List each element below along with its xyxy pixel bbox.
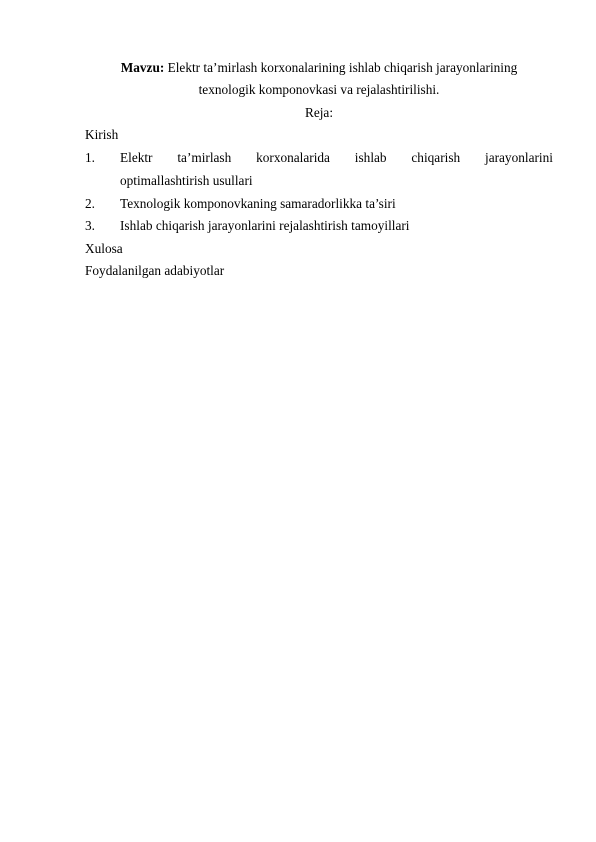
plan-item-1: 1. Elektr ta’mirlash korxonalarida ishla… xyxy=(85,148,553,168)
topic-label: Mavzu: xyxy=(121,60,165,75)
plan-item-text: Texnologik komponovkaning samaradorlikka… xyxy=(120,194,396,214)
plan-item-2: 2. Texnologik komponovkaning samaradorli… xyxy=(85,194,553,214)
word: ta’mirlash xyxy=(177,148,231,168)
plan-item-conclusion: Xulosa xyxy=(85,239,553,259)
plan-item-3: 3. Ishlab chiqarish jarayonlarini rejala… xyxy=(85,216,553,236)
plan-heading: Reja: xyxy=(85,103,553,123)
plan-item-1-continuation: optimallashtirish usullari xyxy=(85,171,553,191)
topic-title-line-2: texnologik komponovkasi va rejalashtiril… xyxy=(85,80,553,100)
topic-title-line-1: Mavzu: Elektr ta’mirlash korxonalarining… xyxy=(75,58,563,78)
word: ishlab xyxy=(355,148,387,168)
word: jarayonlarini xyxy=(485,148,553,168)
plan-item-references: Foydalanilgan adabiyotlar xyxy=(85,261,553,281)
plan-item-number: 1. xyxy=(85,148,95,168)
plan-item-introduction: Kirish xyxy=(85,125,553,145)
word: Elektr xyxy=(120,148,153,168)
plan-item-number: 3. xyxy=(85,216,95,236)
word: korxonalarida xyxy=(256,148,330,168)
plan-item-number: 2. xyxy=(85,194,95,214)
word: chiqarish xyxy=(411,148,460,168)
plan-item-text-line-2: optimallashtirish usullari xyxy=(120,171,253,191)
topic-text-part-1: Elektr ta’mirlash korxonalarining ishlab… xyxy=(164,60,517,75)
plan-item-text-line-1: Elektr ta’mirlash korxonalarida ishlab c… xyxy=(120,148,553,168)
plan-item-text: Ishlab chiqarish jarayonlarini rejalasht… xyxy=(120,216,410,236)
